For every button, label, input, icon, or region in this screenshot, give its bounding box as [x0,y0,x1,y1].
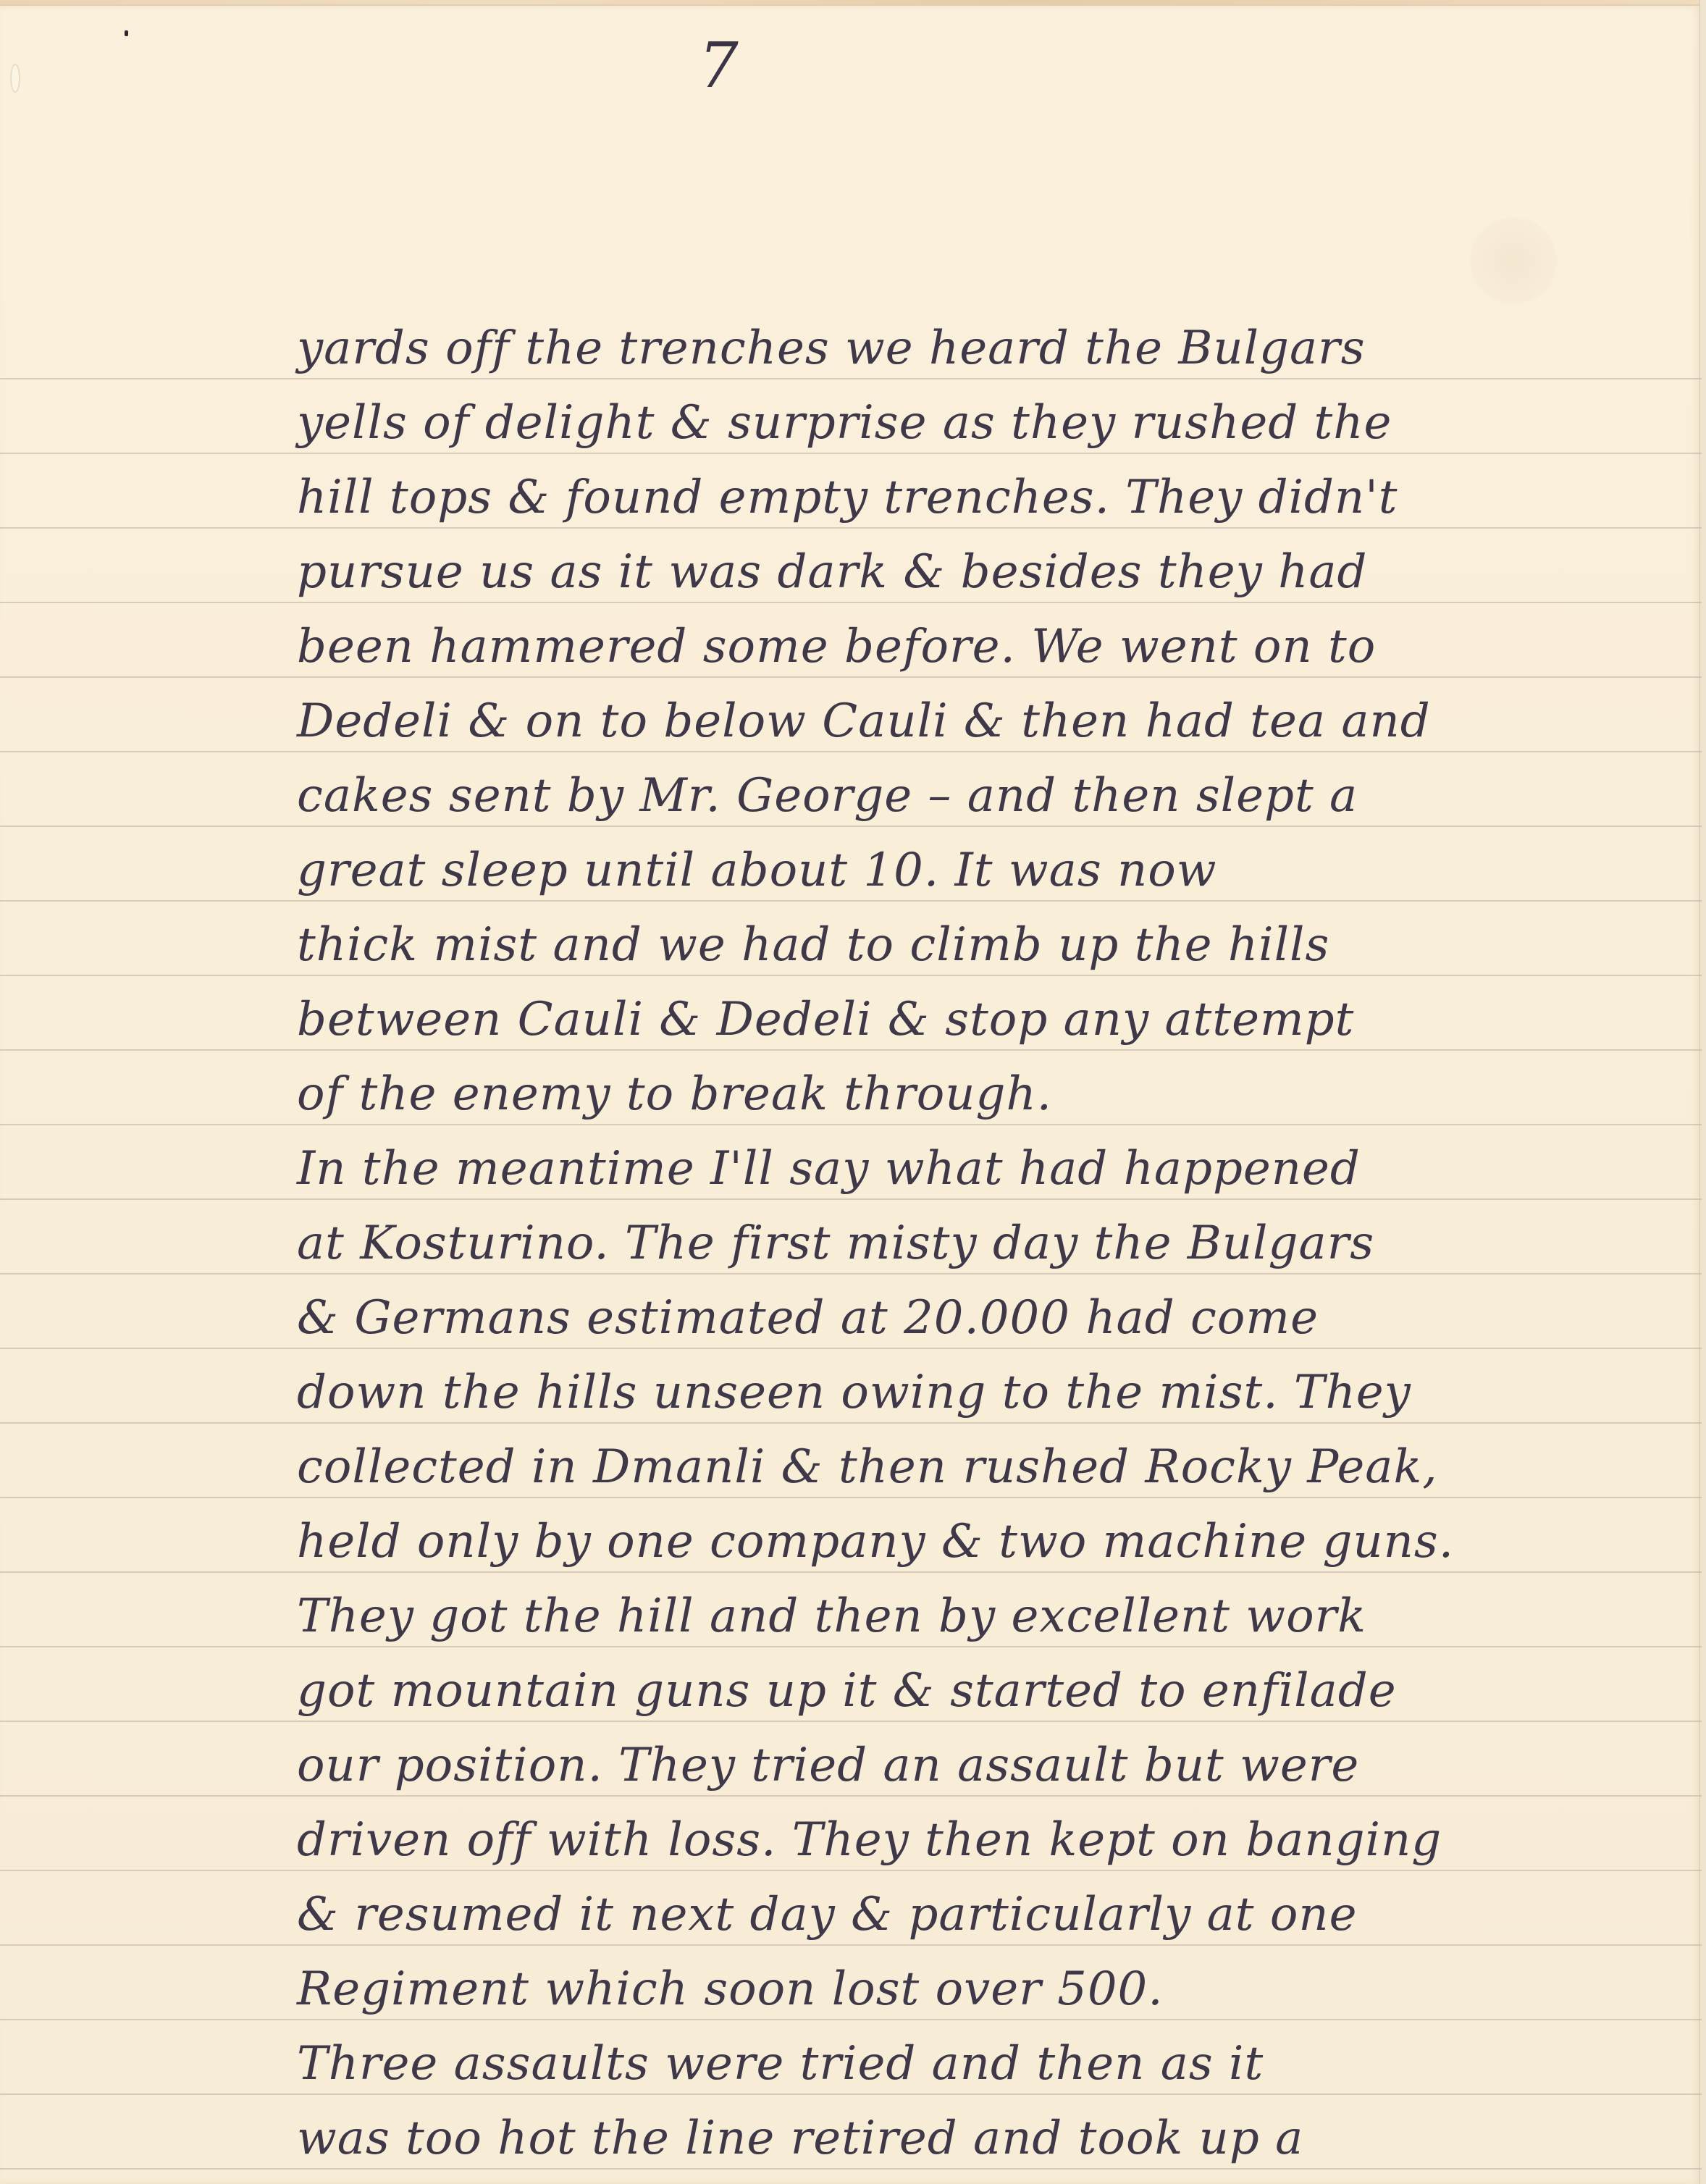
text-line: pursue us as it was dark & besides they … [297,535,1673,610]
paper-stain [1470,217,1557,304]
text-line: held only by one company & two machine g… [297,1505,1673,1579]
page-number: 7 [699,35,739,97]
text-line: & resumed it next day & particularly at … [297,1878,1673,1952]
text-line: Three assaults were tried and then as it [297,2027,1673,2101]
handwritten-body: yards off the trenches we heard the Bulg… [297,311,1673,2176]
text-line: They got the hill and then by excellent … [297,1579,1673,1654]
text-line: collected in Dmanli & then rushed Rocky … [297,1430,1673,1505]
text-line: been hammered some before. We went on to [297,610,1673,684]
text-line: great sleep until about 10. It was now [297,833,1673,908]
text-line: & Germans estimated at 20.000 had come [297,1281,1673,1356]
binder-hole [10,64,20,93]
text-line: cakes sent by Mr. George – and then slep… [297,759,1673,833]
text-line: between Cauli & Dedeli & stop any attemp… [297,983,1673,1057]
text-line: our position. They tried an assault but … [297,1729,1673,1803]
text-line: yards off the trenches we heard the Bulg… [297,311,1673,386]
text-line: got mountain guns up it & started to enf… [297,1654,1673,1729]
text-line: yells of delight & surprise as they rush… [297,386,1673,461]
text-line: hill tops & found empty trenches. They d… [297,461,1673,535]
text-line: of the enemy to break through. [297,1057,1673,1132]
text-line: Dedeli & on to below Cauli & then had te… [297,684,1673,759]
page-right-edge [1699,0,1706,2184]
ink-spot [125,30,128,36]
text-line: at Kosturino. The first misty day the Bu… [297,1206,1673,1281]
text-line: thick mist and we had to climb up the hi… [297,908,1673,983]
text-line: Regiment which soon lost over 500. [297,1952,1673,2027]
text-line: In the meantime I'll say what had happen… [297,1132,1673,1206]
text-line: driven off with loss. They then kept on … [297,1803,1673,1878]
text-line: down the hills unseen owing to the mist.… [297,1356,1673,1430]
text-line: was too hot the line retired and took up… [297,2101,1673,2176]
